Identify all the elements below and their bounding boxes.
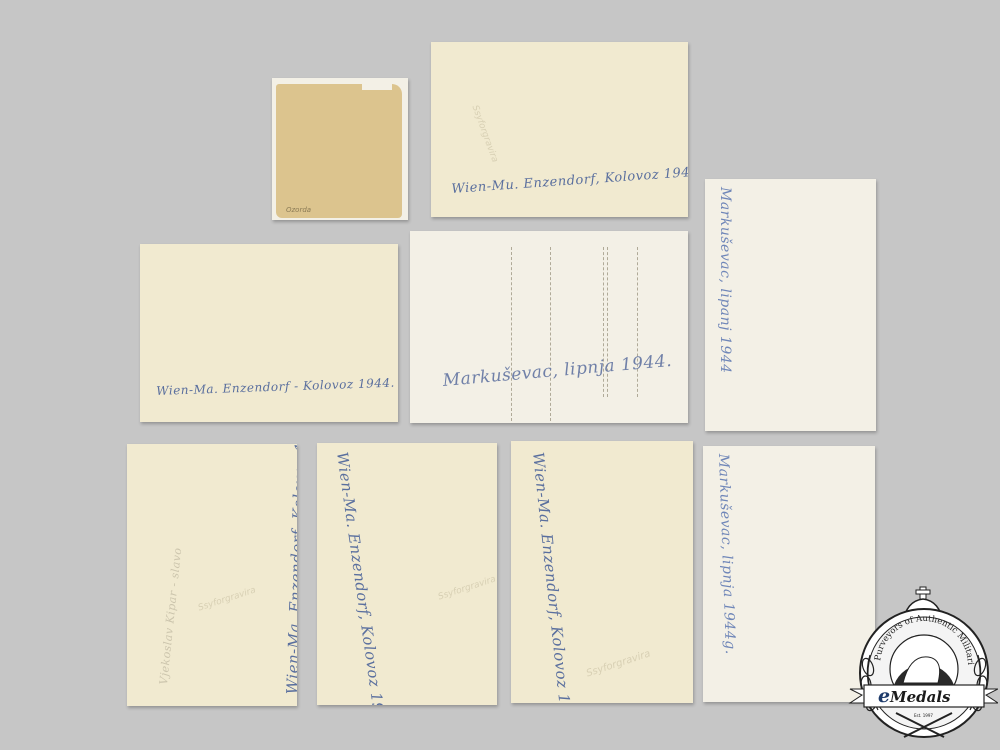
photographer-stamp: Ssyforgravira bbox=[437, 574, 497, 602]
photo-card-8: Wien-Ma. Enzendorf, Kolovoz 1944. Ssyfor… bbox=[511, 441, 693, 703]
postcard-divider bbox=[511, 247, 512, 421]
tan-paper-residue bbox=[276, 84, 402, 218]
photo-card-3: Wien-Ma. Enzendorf - Kolovoz 1944. bbox=[140, 244, 398, 422]
secondary-caption: Vjekoslav Kipar - slavo bbox=[157, 547, 184, 686]
handwritten-caption: Wien-Ma. Enzendorf - Kolovoz 1944. bbox=[156, 376, 395, 398]
photo-card-2: Ssyforgravira Wien-Mu. Enzendorf, Kolovo… bbox=[431, 42, 688, 217]
brand-e: e bbox=[878, 685, 890, 707]
photographer-stamp: Ssyforgravira bbox=[585, 648, 652, 679]
photographer-stamp: Ozorda bbox=[286, 206, 311, 214]
handwritten-caption: Wien-Ma. Enzendorf, Kolovoz 1944. bbox=[529, 451, 577, 703]
photo-card-1: Ozorda bbox=[272, 78, 408, 220]
handwritten-caption: Wien-Ma. Enzendorf, Kolovoz 1944 bbox=[283, 444, 297, 695]
postcard-divider bbox=[550, 247, 551, 421]
photographer-stamp: Ssyforgravira bbox=[470, 104, 500, 164]
established-text: Est. 1997 bbox=[914, 713, 933, 718]
paper-tear bbox=[362, 78, 392, 90]
handwritten-caption: Wien-Ma. Enzendorf, Kolovoz 1944 bbox=[333, 451, 390, 705]
brand-name: Medals bbox=[889, 688, 951, 706]
emedals-crest-icon: Purveyors of Authentic Militaria e Medal… bbox=[848, 585, 998, 745]
photo-card-5: Markuševac, lipanj 1944 bbox=[705, 179, 876, 431]
photo-card-7: Wien-Ma. Enzendorf, Kolovoz 1944 Ssyforg… bbox=[317, 443, 497, 705]
photo-card-4: Markuševac, lipnja 1944. bbox=[410, 231, 688, 423]
handwritten-caption: Markuševac, lipnja 1944. bbox=[442, 351, 673, 391]
handwritten-caption: Wien-Mu. Enzendorf, Kolovoz 1944 bbox=[451, 165, 688, 197]
photo-card-6: Wien-Ma. Enzendorf, Kolovoz 1944 Vjekosl… bbox=[127, 444, 297, 706]
photographer-stamp: Ssyforgravira bbox=[197, 585, 257, 613]
postcard-divider bbox=[637, 247, 638, 397]
emedals-watermark-logo: Purveyors of Authentic Militaria e Medal… bbox=[848, 585, 998, 745]
handwritten-caption: Markuševac, lipanj 1944 bbox=[717, 187, 733, 374]
handwritten-caption: Markuševac, lipnja 1944g. bbox=[715, 454, 738, 655]
